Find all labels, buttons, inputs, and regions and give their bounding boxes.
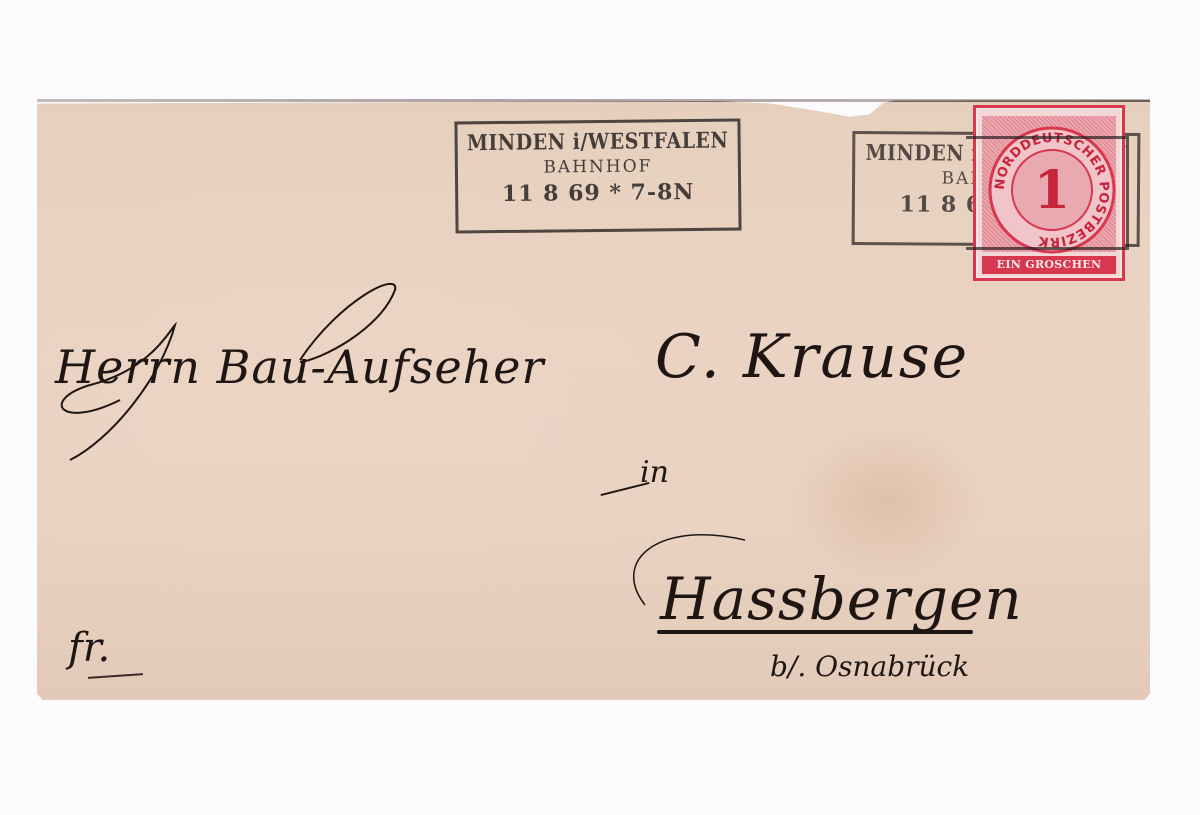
addressee-name: C. Krause [655,322,969,392]
postmark-minden: MINDEN i/WESTFALEN BAHNHOF 11 8 69 * 7-8… [454,119,741,234]
address-salutation: Herrn Bau-Aufseher [55,340,545,394]
address-place: Hassbergen [660,565,1023,633]
stamp-value-label: EIN GROSCHEN [982,256,1116,274]
stamp-cancellation-frame [966,136,1129,250]
address-preposition: in [640,455,669,490]
franking-note: fr. [68,625,110,671]
postmark-date: 11 8 69 * 7-8N [458,181,738,206]
address-region: b/. Osnabrück [770,650,969,683]
postage-stamp: NORDDEUTSCHER POSTBEZIRK 1 EIN GROSCHEN [973,105,1125,281]
place-underline [657,630,973,634]
postmark-station: BAHNHOF [458,158,738,178]
postmark-town: MINDEN i/WESTFALEN [458,130,738,155]
